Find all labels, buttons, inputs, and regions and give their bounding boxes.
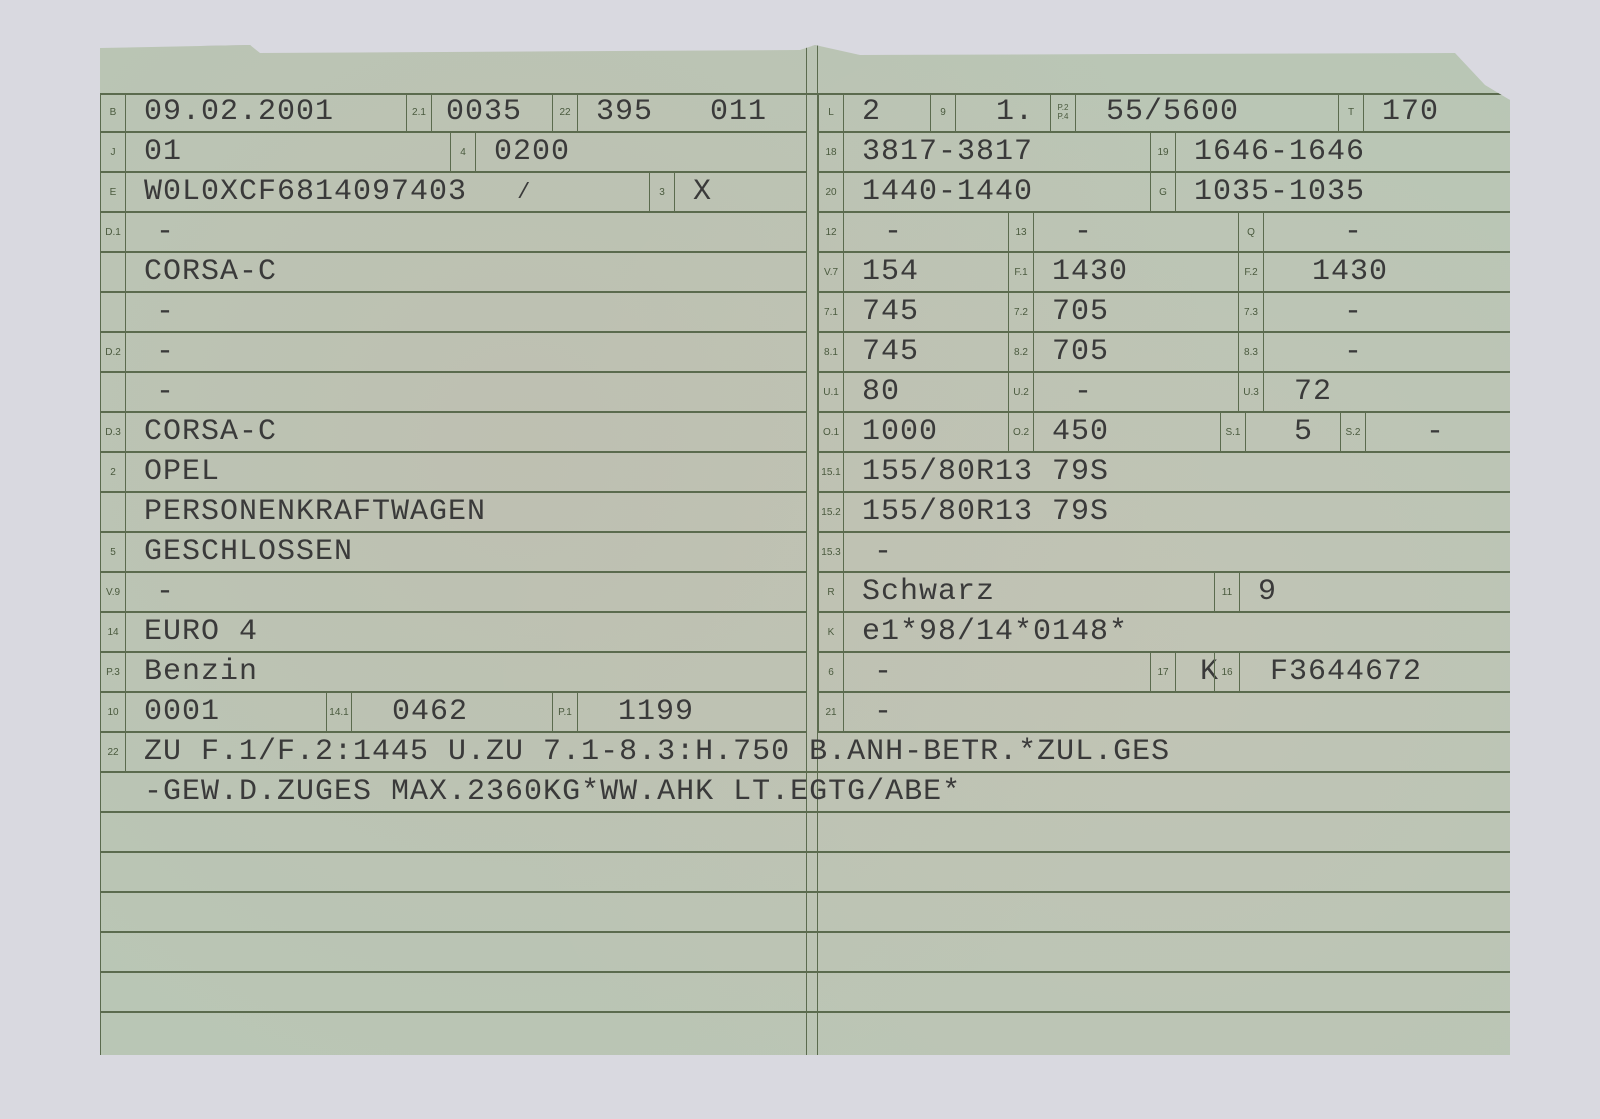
field-7-2-axle2-load: 705 xyxy=(1034,295,1109,329)
row-6: 6 - 17 K 16 F3644672 xyxy=(818,653,1510,693)
field-f1-max-mass: 1430 xyxy=(1034,255,1128,289)
label-p1: P.1 xyxy=(552,693,578,731)
vehicle-registration-document: B 09.02.2001 2.1 0035 22 395 011 J 01 4 … xyxy=(100,45,1510,1055)
row-d2-1: CORSA-C xyxy=(100,253,806,293)
field-5-body: GESCHLOSSEN xyxy=(126,535,353,569)
row-15-1: 15.1 155/80R13 79S xyxy=(818,453,1510,493)
field-p3-fuel: Benzin xyxy=(126,655,258,689)
field-14-1-national-emission: 0462 xyxy=(352,695,468,729)
label-15-3: 15.3 xyxy=(818,533,844,571)
field-4-body-type: 0200 xyxy=(476,135,570,169)
field-11-color-code: 9 xyxy=(1240,575,1277,609)
label-22: 22 xyxy=(100,733,126,771)
row-v7: V.7 154 F.1 1430 F.2 1430 xyxy=(818,253,1510,293)
label-q: Q xyxy=(1238,213,1264,251)
label-7-1: 7.1 xyxy=(818,293,844,331)
field-j-vehicle-class: 01 xyxy=(126,135,182,169)
row-20: 20 1440-1440 G 1035-1035 xyxy=(818,173,1510,213)
empty-row-2 xyxy=(100,853,1510,893)
label-15-2: 15.2 xyxy=(818,493,844,531)
empty-row-5 xyxy=(100,973,1510,1013)
field-g-empty-weight: 1035-1035 xyxy=(1176,175,1365,209)
row-j: J 01 4 0200 xyxy=(100,133,806,173)
label-d3: D.3 xyxy=(100,413,126,451)
label-5-spacer xyxy=(100,493,126,531)
row-10: 10 0001 14.1 0462 P.1 1199 xyxy=(100,693,806,733)
label-8-1: 8.1 xyxy=(818,333,844,371)
field-d2-type: CORSA-C xyxy=(126,255,277,289)
label-f2: F.2 xyxy=(1238,253,1264,291)
field-13-support-load: - xyxy=(1034,215,1093,249)
row-e: E W0L0XCF6814097403/ 3 X xyxy=(100,173,806,213)
field-v9-emission-class: - xyxy=(126,575,175,609)
row-l: L 2 9 1. P.2 P.4 55/5600 T 170 xyxy=(818,93,1510,133)
row-d3: D.3 CORSA-C xyxy=(100,413,806,453)
label-s1: S.1 xyxy=(1220,413,1246,451)
label-d2 xyxy=(100,293,126,331)
field-12-tank-volume: - xyxy=(844,215,903,249)
row-u: U.1 80 U.2 - U.3 72 xyxy=(818,373,1510,413)
field-20-height: 1440-1440 xyxy=(844,175,1033,209)
empty-row-3 xyxy=(100,893,1510,933)
label-10: 10 xyxy=(100,693,126,731)
field-p2-p4-power-rpm: 55/5600 xyxy=(1076,95,1239,129)
field-d1-make: - xyxy=(126,215,175,249)
label-u1: U.1 xyxy=(818,373,844,411)
row-15-2: 15.2 155/80R13 79S xyxy=(818,493,1510,533)
label-l: L xyxy=(818,93,844,131)
label-d2-text: D.2 xyxy=(100,333,126,371)
field-2-1-manufacturer-code: 0035 xyxy=(432,95,522,129)
field-u2-rpm: - xyxy=(1034,375,1093,409)
field-22-remarks-line-1: ZU F.1/F.2:1445 U.ZU 7.1-8.3:H.750 B.ANH… xyxy=(126,735,1170,769)
label-r: R xyxy=(818,573,844,611)
row-b: B 09.02.2001 2.1 0035 22 395 011 xyxy=(100,93,806,133)
field-15-1-tires-axle1: 155/80R13 79S xyxy=(844,455,1109,489)
row-v9: V.9 - xyxy=(100,573,806,613)
field-14-emission-standard: EURO 4 xyxy=(126,615,258,649)
field-16-document-number: F3644672 xyxy=(1240,655,1422,689)
field-b-first-registration: 09.02.2001 xyxy=(126,95,334,129)
row-5-1: PERSONENKRAFTWAGEN xyxy=(100,493,806,533)
label-d1: D.1 xyxy=(100,213,126,251)
label-3: 3 xyxy=(649,173,675,211)
field-s1-seats: 5 xyxy=(1246,415,1313,449)
label-9: 9 xyxy=(930,93,956,131)
row-5-2: 5 GESCHLOSSEN xyxy=(100,533,806,573)
field-19-width: 1646-1646 xyxy=(1176,135,1365,169)
label-o1: O.1 xyxy=(818,413,844,451)
field-o2-unbraked-trailer: 450 xyxy=(1034,415,1109,449)
field-2-2-type-code: 395 011 xyxy=(578,95,767,129)
label-k: K xyxy=(818,613,844,651)
field-d3-trade-name: CORSA-C xyxy=(126,415,277,449)
field-t-max-speed: 170 xyxy=(1364,95,1439,129)
field-u1-standing-noise: 80 xyxy=(844,375,900,409)
row-d1: D.1 - xyxy=(100,213,806,253)
label-d2-spacer xyxy=(100,253,126,291)
label-2-2: 22 xyxy=(552,93,578,131)
label-p3: P.3 xyxy=(100,653,126,691)
row-18: 18 3817-3817 19 1646-1646 xyxy=(818,133,1510,173)
field-8-2-axle2-load-national: 705 xyxy=(1034,335,1109,369)
label-6: 6 xyxy=(818,653,844,691)
row-22-remarks-2: -GEW.D.ZUGES MAX.2360KG*WW.AHK LT.EGTG/A… xyxy=(100,773,1510,813)
label-16: 16 xyxy=(1214,653,1240,691)
row-p3: P.3 Benzin xyxy=(100,653,806,693)
field-u3-drive-noise: 72 xyxy=(1264,375,1332,409)
field-8-1-axle1-load-national: 745 xyxy=(844,335,919,369)
label-v9: V.9 xyxy=(100,573,126,611)
label-7-3: 7.3 xyxy=(1238,293,1264,331)
row-d2-3: D.2 - xyxy=(100,333,806,373)
label-21: 21 xyxy=(818,693,844,731)
field-q-power-weight: - xyxy=(1264,215,1363,249)
label-t: T xyxy=(1338,93,1364,131)
field-e-check: / xyxy=(467,180,531,205)
field-8-3-axle3-load-national: - xyxy=(1264,335,1363,369)
row-8: 8.1 745 8.2 705 8.3 - xyxy=(818,333,1510,373)
label-u2: U.2 xyxy=(1008,373,1034,411)
field-f2-max-mass-national: 1430 xyxy=(1264,255,1388,289)
row-d2-4: - xyxy=(100,373,806,413)
field-7-3-axle3-load: - xyxy=(1264,295,1363,329)
row-r: R Schwarz 11 9 xyxy=(818,573,1510,613)
field-5-vehicle-class: PERSONENKRAFTWAGEN xyxy=(126,495,486,529)
field-17: K xyxy=(1176,655,1219,689)
row-2: 2 OPEL xyxy=(100,453,806,493)
label-15-1: 15.1 xyxy=(818,453,844,491)
label-j: J xyxy=(100,133,126,171)
label-13: 13 xyxy=(1008,213,1034,251)
field-7-1-axle1-load: 745 xyxy=(844,295,919,329)
field-15-2-tires-axle2: 155/80R13 79S xyxy=(844,495,1109,529)
field-e-vin: W0L0XCF6814097403 xyxy=(126,175,467,209)
field-v7-co2: 154 xyxy=(844,255,919,289)
field-3-check-digit: X xyxy=(675,175,712,209)
empty-row-4 xyxy=(100,933,1510,973)
label-d2-spacer-2 xyxy=(100,373,126,411)
field-d2-variant: - xyxy=(126,295,175,329)
field-l-axles: 2 xyxy=(844,95,881,129)
label-18: 18 xyxy=(818,133,844,171)
label-5: 5 xyxy=(100,533,126,571)
label-2-1: 2.1 xyxy=(406,93,432,131)
field-15-3-tires-axle3: - xyxy=(844,535,893,569)
label-19: 19 xyxy=(1150,133,1176,171)
label-14: 14 xyxy=(100,613,126,651)
row-12: 12 - 13 - Q - xyxy=(818,213,1510,253)
label-b: B xyxy=(100,93,126,131)
field-10-emission-code: 0001 xyxy=(126,695,220,729)
label-8-3: 8.3 xyxy=(1238,333,1264,371)
field-k-type-approval: e1*98/14*0148* xyxy=(844,615,1128,649)
field-2-manufacturer: OPEL xyxy=(126,455,220,489)
field-21-remarks: - xyxy=(844,695,893,729)
label-4: 4 xyxy=(450,133,476,171)
row-d2-2: - xyxy=(100,293,806,333)
row-14: 14 EURO 4 xyxy=(100,613,806,653)
label-o2: O.2 xyxy=(1008,413,1034,451)
field-18-length: 3817-3817 xyxy=(844,135,1033,169)
row-15-3: 15.3 - xyxy=(818,533,1510,573)
field-p1-displacement: 1199 xyxy=(578,695,694,729)
field-6-approval-date: - xyxy=(844,655,893,689)
field-s2-standing: - xyxy=(1366,415,1445,449)
label-f1: F.1 xyxy=(1008,253,1034,291)
row-22-remarks-1: 22 ZU F.1/F.2:1445 U.ZU 7.1-8.3:H.750 B.… xyxy=(100,733,1510,773)
label-u3: U.3 xyxy=(1238,373,1264,411)
label-12: 12 xyxy=(818,213,844,251)
empty-row-6 xyxy=(100,1013,1510,1055)
label-e: E xyxy=(100,173,126,211)
field-o1-braked-trailer: 1000 xyxy=(844,415,938,449)
field-22-remarks-line-2: -GEW.D.ZUGES MAX.2360KG*WW.AHK LT.EGTG/A… xyxy=(126,775,961,809)
label-7-2: 7.2 xyxy=(1008,293,1034,331)
empty-row-1 xyxy=(100,813,1510,853)
row-o: O.1 1000 O.2 450 S.1 5 S.2 - xyxy=(818,413,1510,453)
label-2: 2 xyxy=(100,453,126,491)
field-d2-extra: - xyxy=(126,375,175,409)
field-9-driven-axles: 1. xyxy=(956,95,1034,129)
left-border xyxy=(100,93,101,1055)
label-8-2: 8.2 xyxy=(1008,333,1034,371)
label-g: G xyxy=(1150,173,1176,211)
row-21: 21 - xyxy=(818,693,1510,733)
field-r-color: Schwarz xyxy=(844,575,995,609)
label-v7: V.7 xyxy=(818,253,844,291)
label-p2-p4: P.2 P.4 xyxy=(1050,93,1076,131)
label-14-1: 14.1 xyxy=(326,693,352,731)
field-d2-version: - xyxy=(126,335,175,369)
row-k: K e1*98/14*0148* xyxy=(818,613,1510,653)
label-17: 17 xyxy=(1150,653,1176,691)
label-11: 11 xyxy=(1214,573,1240,611)
label-20: 20 xyxy=(818,173,844,211)
row-7: 7.1 745 7.2 705 7.3 - xyxy=(818,293,1510,333)
label-s2: S.2 xyxy=(1340,413,1366,451)
